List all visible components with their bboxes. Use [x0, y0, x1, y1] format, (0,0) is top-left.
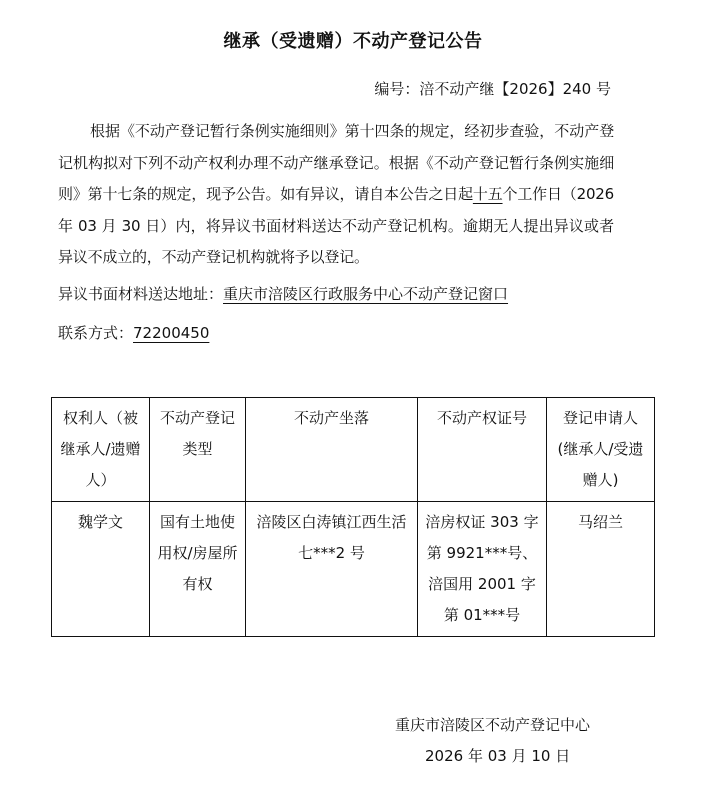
- page-title: 继承（受遗赠）不动产登记公告: [0, 27, 706, 53]
- header-type: 不动产登记类型: [150, 398, 246, 502]
- table-row: 魏学文 国有土地使用权/房屋所有权 涪陵区白涛镇江西生活七***2 号 涪房权证…: [52, 502, 655, 637]
- table-header-row: 权利人（被继承人/遗赠人） 不动产登记类型 不动产坐落 不动产权证号 登记申请人…: [52, 398, 655, 502]
- header-owner: 权利人（被继承人/遗赠人）: [52, 398, 150, 502]
- document-number: 编号：涪不动产继【2026】240 号: [374, 78, 611, 99]
- objection-address: 异议书面材料送达地址：重庆市涪陵区行政服务中心不动产登记窗口: [58, 283, 508, 304]
- contact-label: 联系方式：: [58, 324, 133, 342]
- signature-date: 2026 年 03 月 10 日: [425, 745, 570, 766]
- header-applicant: 登记申请人(继承人/受遗赠人): [547, 398, 655, 502]
- contact-value: 72200450: [133, 324, 209, 342]
- cell-applicant: 马绍兰: [547, 502, 655, 637]
- property-table: 权利人（被继承人/遗赠人） 不动产登记类型 不动产坐落 不动产权证号 登记申请人…: [51, 397, 655, 637]
- notice-body: 根据《不动产登记暂行条例实施细则》第十四条的规定，经初步查验，不动产登记机构拟对…: [58, 116, 614, 274]
- cell-certificate: 涪房权证 303 字第 9921***号、涪国用 2001 字第 01***号: [418, 502, 547, 637]
- cell-type: 国有土地使用权/房屋所有权: [150, 502, 246, 637]
- header-location: 不动产坐落: [246, 398, 418, 502]
- signature-organization: 重庆市涪陵区不动产登记中心: [395, 714, 590, 735]
- cell-location: 涪陵区白涛镇江西生活七***2 号: [246, 502, 418, 637]
- objection-days: 十五: [473, 185, 503, 203]
- address-value: 重庆市涪陵区行政服务中心不动产登记窗口: [223, 285, 508, 303]
- cell-owner: 魏学文: [52, 502, 150, 637]
- contact-info: 联系方式：72200450: [58, 322, 209, 343]
- header-certificate: 不动产权证号: [418, 398, 547, 502]
- address-label: 异议书面材料送达地址：: [58, 285, 223, 303]
